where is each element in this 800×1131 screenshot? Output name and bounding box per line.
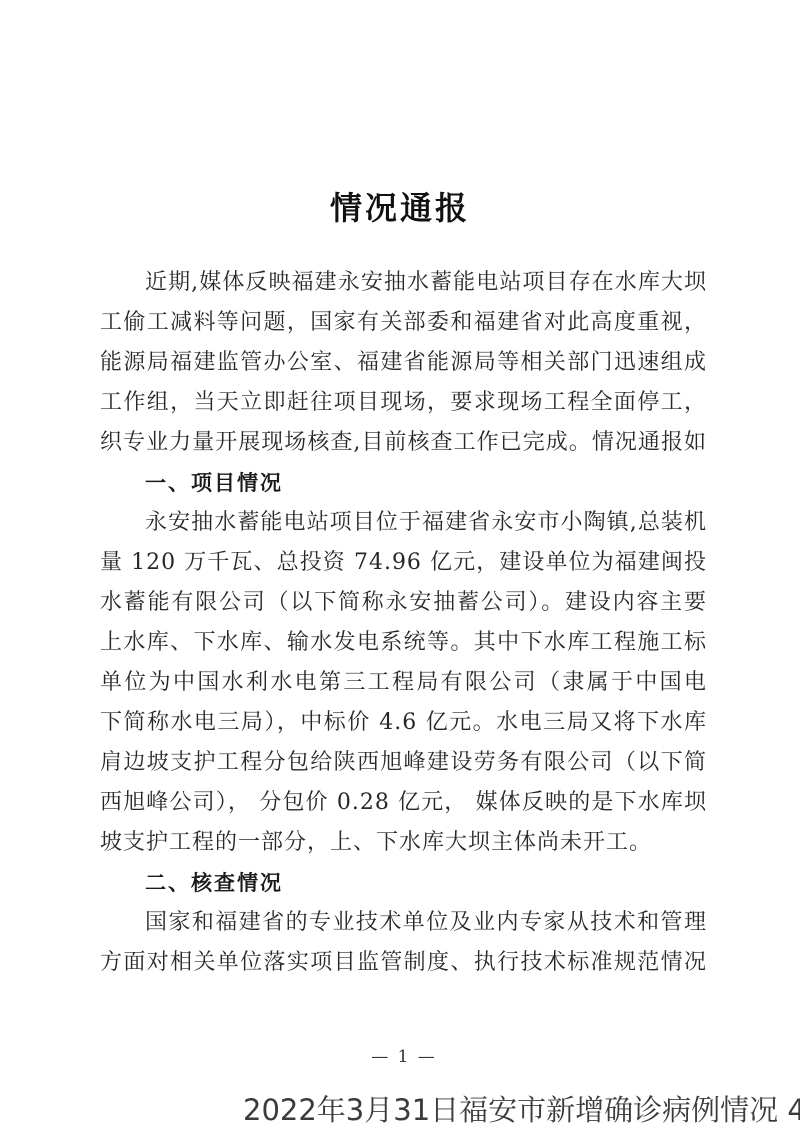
body-line: 肩边坡支护工程分包给陕西旭峰建设劳务有限公司（以下简称陕: [100, 743, 707, 783]
section-heading-2: 二、核查情况: [100, 863, 707, 903]
body-line: 方面对相关单位落实项目监管制度、执行技术标准规范情况等关: [100, 943, 707, 983]
bottom-caption: 2022年3月31日福安市新增确诊病例情况 49304: [243, 1090, 800, 1131]
body-line: 近期,媒体反映福建永安抽水蓄能电站项目存在水库大坝施: [100, 263, 707, 303]
body-line: 水蓄能有限公司（以下简称永安抽蓄公司）。建设内容主要包括: [100, 583, 707, 623]
body-line: 永安抽水蓄能电站项目位于福建省永安市小陶镇,总装机容: [100, 503, 707, 543]
document-body: 近期,媒体反映福建永安抽水蓄能电站项目存在水库大坝施 工偷工减料等问题，国家有关…: [100, 263, 707, 983]
page-title: 情况通报: [0, 183, 800, 229]
body-line: 上水库、下水库、输水发电系统等。其中下水库工程施工标中标: [100, 623, 707, 663]
body-line: 下简称水电三局），中标价 4.6 亿元。水电三局又将下水库的坝: [100, 703, 707, 743]
body-line: 西旭峰公司）， 分包价 0.28 亿元， 媒体反映的是下水库坝肩边: [100, 783, 707, 823]
page-number: — 1 —: [340, 1044, 468, 1070]
body-line: 坡支护工程的一部分，上、下水库大坝主体尚未开工。: [100, 823, 707, 863]
body-line: 单位为中国水利水电第三工程局有限公司（隶属于中国电建，以: [100, 663, 707, 703]
body-line: 国家和福建省的专业技术单位及业内专家从技术和管理两: [100, 903, 707, 943]
document-page: 情况通报 近期,媒体反映福建永安抽水蓄能电站项目存在水库大坝施 工偷工减料等问题…: [0, 0, 800, 1131]
body-line: 工作组，当天立即赶往项目现场，要求现场工程全面停工，并组: [100, 383, 707, 423]
body-line: 织专业力量开展现场核查,目前核查工作已完成。情况通报如下：: [100, 423, 707, 463]
body-line: 工偷工减料等问题，国家有关部委和福建省对此高度重视，国家: [100, 303, 707, 343]
body-line: 量 120 万千瓦、总投资 74.96 亿元，建设单位为福建闽投永安抽: [100, 543, 707, 583]
section-heading-1: 一、项目情况: [100, 463, 707, 503]
body-line: 能源局福建监管办公室、福建省能源局等相关部门迅速组成核查: [100, 343, 707, 383]
